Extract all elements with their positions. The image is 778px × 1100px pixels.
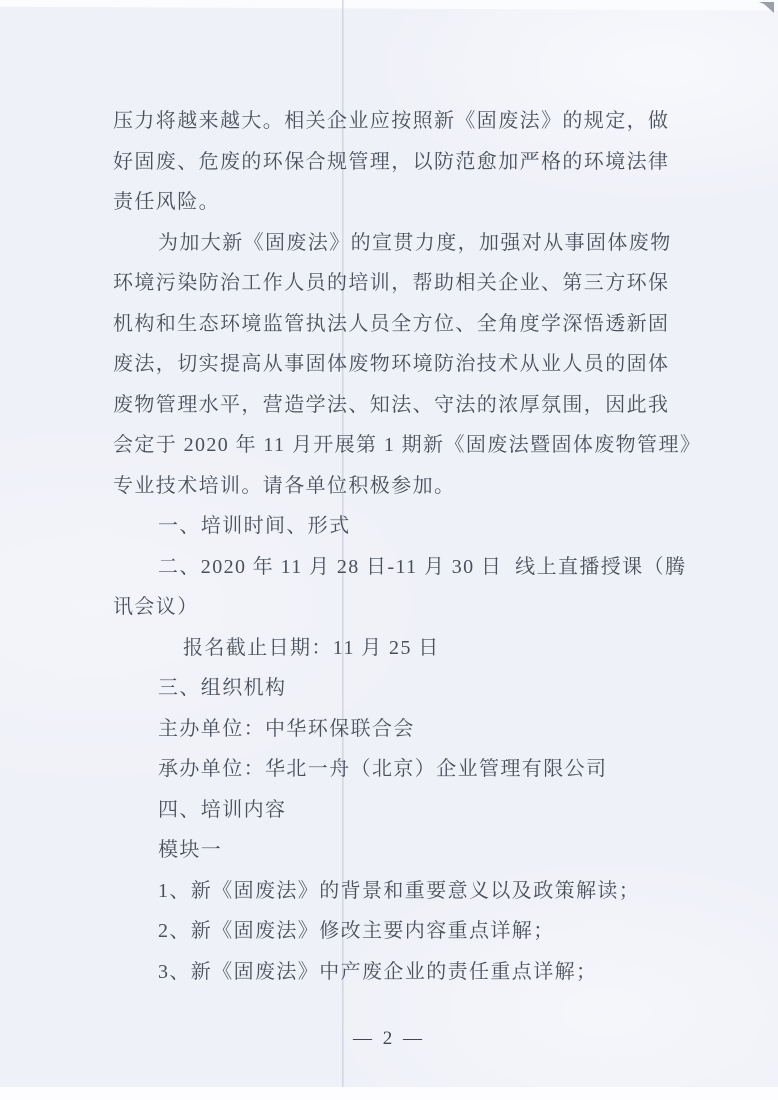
document-body: 压力将越来越大。相关企业应按照新《固废法》的规定，做 好固废、危废的环保合规管理… <box>113 101 669 992</box>
document-line: 好固废、危废的环保合规管理，以防范愈加严格的环境法律 <box>113 142 669 183</box>
page-number: — 2 — <box>0 1028 778 1050</box>
list-item: 3、新《固废法》中产废企业的责任重点详解； <box>113 952 669 993</box>
section-heading-1: 一、培训时间、形式 <box>113 506 669 547</box>
co-organizer: 承办单位：华北一舟（北京）企业管理有限公司 <box>113 749 669 790</box>
document-line: 专业技术培训。请各单位积极参加。 <box>113 466 669 507</box>
document-line: 讯会议） <box>113 587 669 628</box>
document-line: 废法，切实提高从事固体废物环境防治技术从业人员的固体 <box>113 344 669 385</box>
module-heading: 模块一 <box>113 830 669 871</box>
scan-edge-bottom <box>0 1087 778 1100</box>
document-line: 责任风险。 <box>113 182 669 223</box>
scan-edge-top <box>0 0 778 12</box>
document-line: 环境污染防治工作人员的培训，帮助相关企业、第三方环保 <box>113 263 669 304</box>
document-line: 机构和生态环境监管执法人员全方位、全角度学深悟透新固 <box>113 304 669 345</box>
list-item: 2、新《固废法》修改主要内容重点详解； <box>113 911 669 952</box>
registration-deadline: 报名截止日期：11 月 25 日 <box>113 628 669 669</box>
host-organizer: 主办单位：中华环保联合会 <box>113 709 669 750</box>
document-line: 压力将越来越大。相关企业应按照新《固废法》的规定，做 <box>113 101 669 142</box>
section-heading-4: 四、培训内容 <box>113 790 669 831</box>
document-line: 会定于 2020 年 11 月开展第 1 期新《固废法暨固体废物管理》 <box>113 425 669 466</box>
scanned-page: 压力将越来越大。相关企业应按照新《固废法》的规定，做 好固废、危废的环保合规管理… <box>0 0 778 1100</box>
section-heading-3: 三、组织机构 <box>113 668 669 709</box>
list-item: 1、新《固废法》的背景和重要意义以及政策解读； <box>113 871 669 912</box>
document-line: 废物管理水平，营造学法、知法、守法的浓厚氛围，因此我 <box>113 385 669 426</box>
section-heading-2: 二、2020 年 11 月 28 日-11 月 30 日 线上直播授课（腾 <box>113 547 669 588</box>
document-line: 为加大新《固废法》的宣贯力度，加强对从事固体废物 <box>113 223 669 264</box>
